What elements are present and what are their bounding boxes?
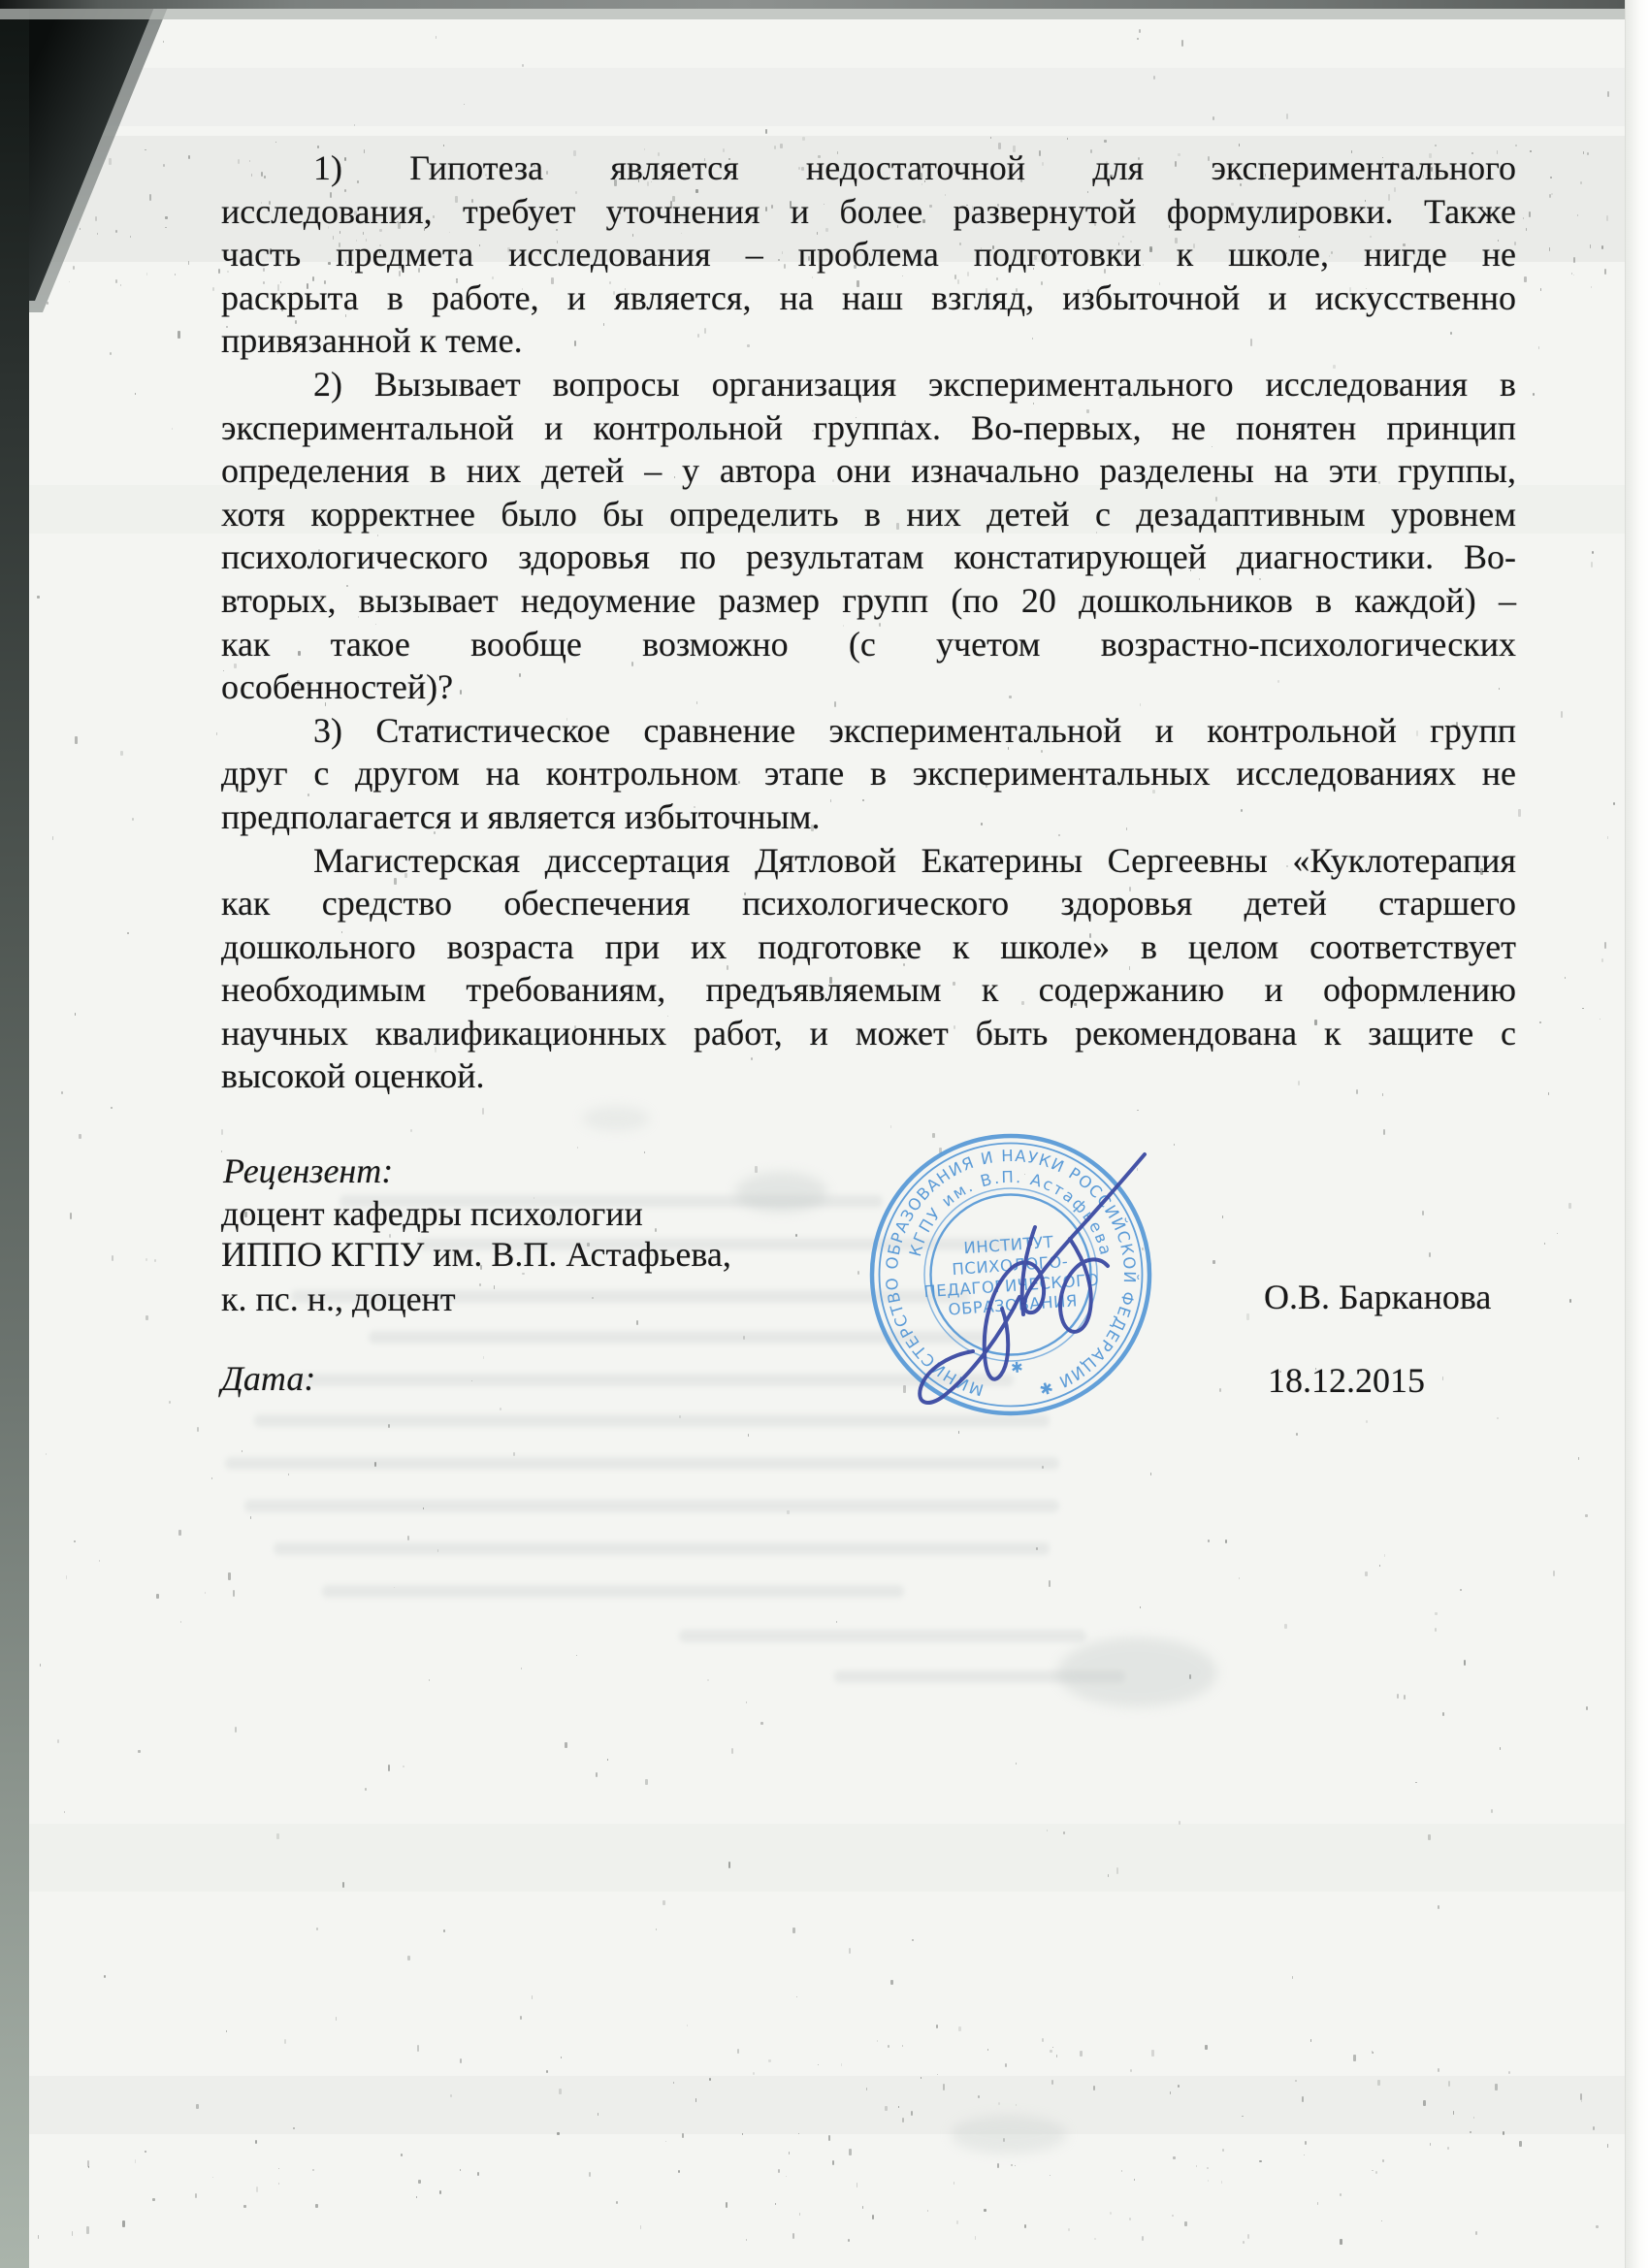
reviewer-label: Рецензент: [223, 1150, 393, 1191]
text-line: 1) Гипотеза является недостаточной для э… [221, 146, 1516, 190]
scan-smudge [1057, 1637, 1217, 1707]
bleed-through-line [322, 1585, 904, 1598]
scan-right-edge [1625, 0, 1649, 2268]
text-line: дошкольного возраста при их подготовке к… [221, 925, 1516, 969]
text-line: 3) Статистическое сравнение эксперимента… [221, 709, 1516, 753]
bleed-through-line [244, 1500, 1059, 1512]
bleed-through-line [274, 1542, 1050, 1555]
scanned-document-page: 1) Гипотеза является недостаточной для э… [0, 0, 1649, 2268]
review-body-text: 1) Гипотеза является недостаточной для э… [221, 146, 1516, 1098]
bleed-through-line [679, 1630, 1086, 1642]
text-line: высокой оценкой. [221, 1054, 1516, 1098]
text-line: экспериментальной и контрольной группах.… [221, 406, 1516, 450]
reviewer-position-line: доцент кафедры психологии [221, 1193, 643, 1234]
text-line: психологического здоровья по результатам… [221, 535, 1516, 579]
scan-smudge [735, 1172, 827, 1213]
scan-smudge [582, 1106, 650, 1131]
stamp-star-icon: ✱ [1011, 1358, 1024, 1377]
text-line: Магистерская диссертация Дятловой Екатер… [221, 839, 1516, 883]
review-date: 18.12.2015 [1268, 1360, 1425, 1401]
text-line: определения в них детей – у автора они и… [221, 449, 1516, 493]
text-line: хотя корректнее было бы определить в них… [221, 493, 1516, 536]
scan-smudge [951, 2115, 1067, 2154]
scan-streak-band [0, 68, 1649, 126]
text-line: как средство обеспечения психологическог… [221, 882, 1516, 925]
text-line: исследования, требует уточнения и более … [221, 190, 1516, 234]
text-line: предполагается и является избыточным. [221, 795, 1516, 839]
scan-left-edge [0, 0, 29, 2268]
text-line: привязанной к теме. [221, 319, 1516, 363]
reviewer-name: О.В. Барканова [1264, 1277, 1491, 1317]
text-line: вторых, вызывает недоумение размер групп… [221, 579, 1516, 623]
scan-top-edge-light [0, 9, 1649, 19]
text-line: друг с другом на контрольном этапе в экс… [221, 752, 1516, 795]
text-line: научных квалификационных работ, и может … [221, 1012, 1516, 1055]
scan-top-edge [0, 0, 1649, 9]
text-line: часть предмета исследования – проблема п… [221, 233, 1516, 276]
text-line: необходимым требованиям, предъявляемым к… [221, 968, 1516, 1012]
reviewer-position-line: ИППО КГПУ им. В.П. Астафьева, [221, 1234, 731, 1275]
scan-streak-band [0, 2076, 1649, 2134]
scan-streak-band [0, 1824, 1649, 1892]
date-label: Дата: [221, 1358, 315, 1399]
bleed-through-line [225, 1457, 1059, 1470]
text-line: раскрыта в работе, и является, на наш вз… [221, 276, 1516, 320]
institution-stamp: МИНИСТЕРСТВО ОБРАЗОВАНИЯ И НАУКИ РОССИЙС… [868, 1132, 1153, 1417]
text-line: особенностей)? [221, 665, 1516, 709]
text-line: как такое вообще возможно (с учетом возр… [221, 623, 1516, 666]
reviewer-position-line: к. пс. н., доцент [221, 1279, 456, 1319]
text-line: 2) Вызывает вопросы организация эксперим… [221, 363, 1516, 406]
